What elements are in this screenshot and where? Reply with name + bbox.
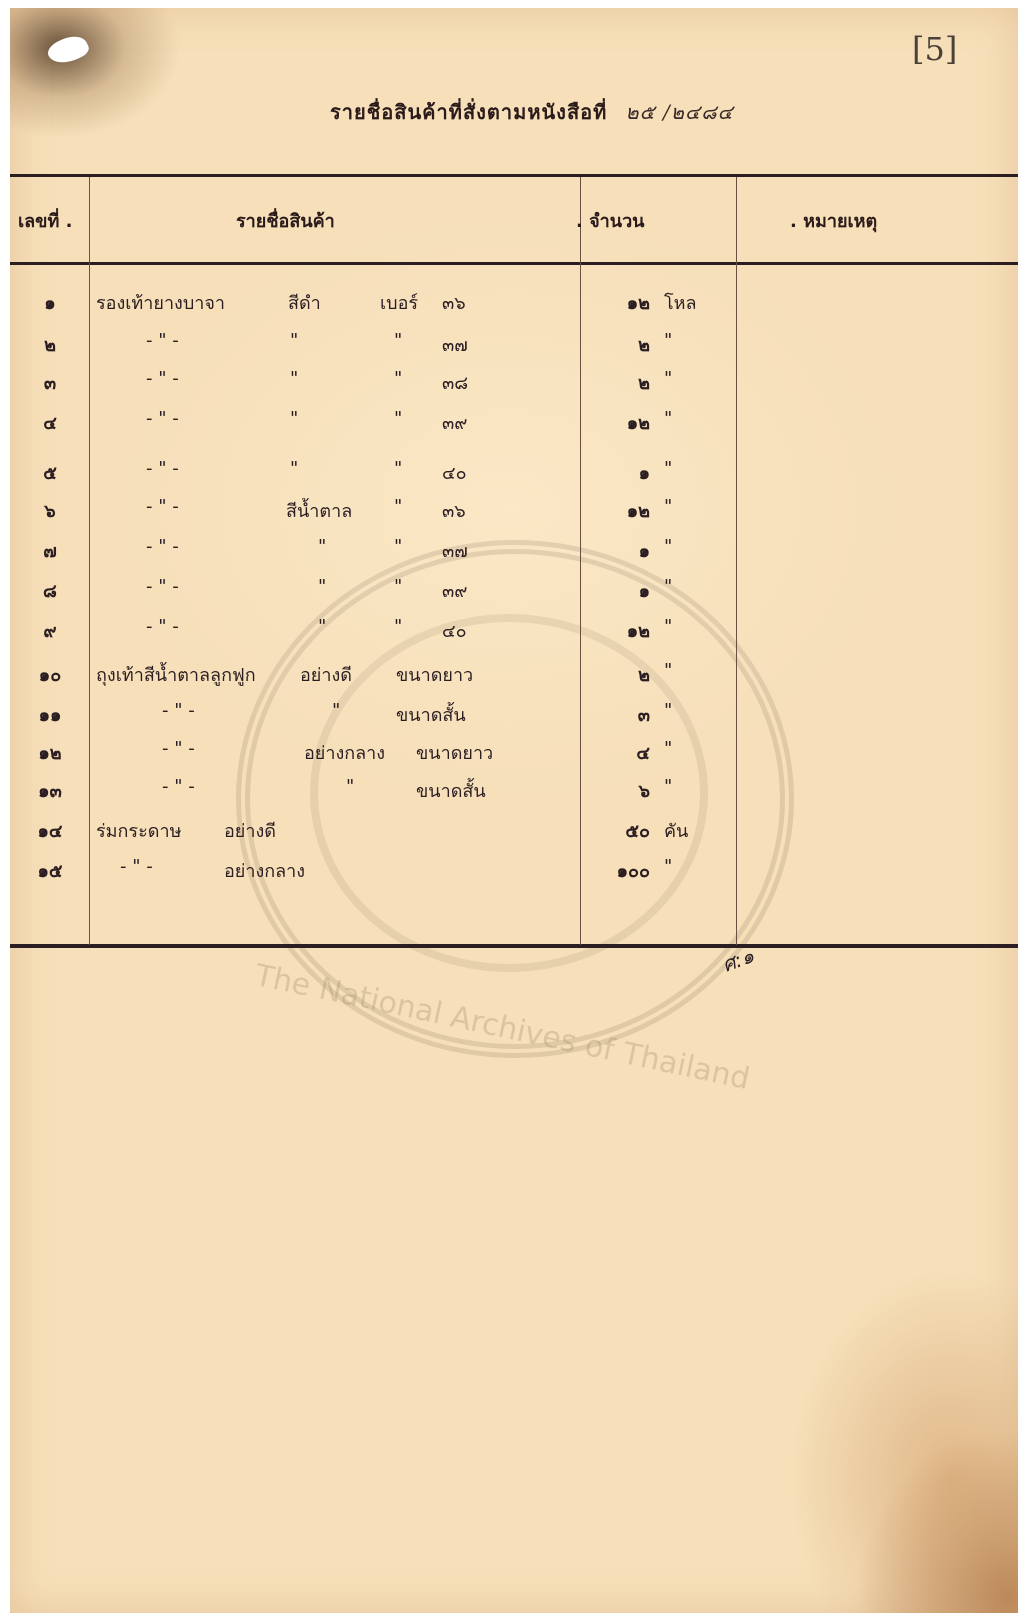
quantity: ๑๒ [590, 288, 650, 317]
item: - " - [162, 700, 195, 721]
table-row: ๑๕ - " - อย่างกลาง ๑๐๐ " [0, 856, 1029, 894]
item: - " - [146, 576, 179, 597]
spec: " [332, 700, 340, 721]
size: ๓๗ [442, 536, 468, 565]
size-label: ขนาดยาว [416, 738, 493, 767]
size: ๓๖ [442, 496, 466, 525]
size: ๔๐ [442, 616, 467, 645]
unit: " [664, 496, 724, 517]
header-number: เลขที่ . [18, 206, 72, 235]
row-number: ๒ [30, 330, 70, 359]
table-row: ๑๒ - " - อย่างกลาง ขนาดยาว ๔ " [0, 738, 1029, 776]
spec: " [318, 616, 326, 637]
row-number: ๑ [30, 288, 70, 317]
spec: " [290, 330, 298, 351]
quantity: ๑๐๐ [590, 856, 650, 885]
unit: " [664, 408, 724, 429]
unit: " [664, 776, 724, 797]
quantity: ๒ [590, 368, 650, 397]
size-label: " [394, 368, 402, 389]
unit: โหล [664, 288, 724, 317]
quantity: ๑ [590, 576, 650, 605]
quantity: ๑๒ [590, 616, 650, 645]
table-row: ๑ รองเท้ายางบาจา สีดำ เบอร์ ๓๖ ๑๒ โหล [0, 288, 1029, 326]
table-row: ๔ - " - " " ๓๙ ๑๒ " [0, 408, 1029, 446]
size: ๔๐ [442, 458, 467, 487]
unit: " [664, 616, 724, 637]
row-number: ๙ [30, 616, 70, 645]
size-label: " [394, 458, 402, 479]
row-number: ๑๒ [30, 738, 70, 767]
table-row: ๑๐ ถุงเท้าสีน้ำตาลลูกฟูก อย่างดี ขนาดยาว… [0, 660, 1029, 698]
quantity: ๔ [590, 738, 650, 767]
unit: " [664, 856, 724, 877]
document-title: รายชื่อสินค้าที่สั่งตามหนังสือที่ ๒๕ /๒๔… [330, 96, 770, 128]
table-row: ๗ - " - " " ๓๗ ๑ " [0, 536, 1029, 574]
spec: " [290, 408, 298, 429]
item: - " - [146, 496, 179, 517]
spec: " [290, 458, 298, 479]
table-row: ๓ - " - " " ๓๘ ๒ " [0, 368, 1029, 406]
document-number: ๒๕ /๒๔๘๔ [625, 100, 733, 124]
row-number: ๑๔ [30, 816, 70, 845]
size-label: " [394, 496, 402, 517]
row-number: ๕ [30, 458, 70, 487]
table-row: ๑๔ ร่มกระดาษ อย่างดี ๕๐ คัน [0, 816, 1029, 854]
spec: " [318, 576, 326, 597]
size-label: " [394, 330, 402, 351]
row-number: ๗ [30, 536, 70, 565]
header-remark: . หมายเหตุ [790, 206, 877, 235]
table-row: ๘ - " - " " ๓๙ ๑ " [0, 576, 1029, 614]
size-label: " [394, 408, 402, 429]
row-number: ๓ [30, 368, 70, 397]
quantity: ๓ [590, 700, 650, 729]
page-number: [5] [912, 30, 957, 68]
quantity: ๑ [590, 458, 650, 487]
table-row: ๑๓ - " - " ขนาดสั้น ๖ " [0, 776, 1029, 814]
item: ร่มกระดาษ [96, 816, 181, 845]
spec: อย่างดี [300, 660, 352, 689]
item: - " - [120, 856, 153, 877]
size-label: ขนาดยาว [396, 660, 473, 689]
spec: อย่างดี [224, 816, 276, 845]
item: - " - [162, 776, 195, 797]
table-bottom-rule [10, 944, 1018, 948]
unit: " [664, 700, 724, 721]
spec: อย่างกลาง [304, 738, 385, 767]
quantity: ๒ [590, 330, 650, 359]
header-quantity: . จำนวน [576, 206, 644, 235]
item: - " - [146, 330, 179, 351]
row-number: ๑๕ [30, 856, 70, 885]
quantity: ๖ [590, 776, 650, 805]
item: - " - [146, 408, 179, 429]
item: - " - [146, 368, 179, 389]
spec: สีน้ำตาล [286, 496, 352, 525]
row-number: ๔ [30, 408, 70, 437]
item: - " - [146, 458, 179, 479]
size: ๓๙ [442, 408, 468, 437]
spec: " [346, 776, 354, 797]
unit: " [664, 738, 724, 759]
table-row: ๙ - " - " " ๔๐ ๑๒ " [0, 616, 1029, 654]
unit: " [664, 660, 724, 681]
title-text: รายชื่อสินค้าที่สั่งตามหนังสือที่ [330, 100, 607, 124]
quantity: ๑ [590, 536, 650, 565]
size: ๓๙ [442, 576, 468, 605]
unit: คัน [664, 816, 724, 845]
size-label: " [394, 576, 402, 597]
table-row: ๒ - " - " " ๓๗ ๒ " [0, 330, 1029, 368]
size-label: เบอร์ [380, 288, 418, 317]
unit: " [664, 458, 724, 479]
item: - " - [162, 738, 195, 759]
item: รองเท้ายางบาจา [96, 288, 225, 317]
size: ๓๘ [442, 368, 468, 397]
row-number: ๖ [30, 496, 70, 525]
row-number: ๑๓ [30, 776, 70, 805]
unit: " [664, 368, 724, 389]
size: ๓๗ [442, 330, 468, 359]
quantity: ๑๒ [590, 408, 650, 437]
size-label: " [394, 536, 402, 557]
quantity: ๒ [590, 660, 650, 689]
burn-hole [45, 31, 91, 70]
size: ๓๖ [442, 288, 466, 317]
unit: " [664, 536, 724, 557]
table-top-rule [10, 174, 1018, 177]
item: ถุงเท้าสีน้ำตาลลูกฟูก [96, 660, 256, 689]
quantity: ๑๒ [590, 496, 650, 525]
unit: " [664, 330, 724, 351]
table-header-rule [10, 262, 1018, 265]
row-number: ๑๐ [30, 660, 70, 689]
row-number: ๘ [30, 576, 70, 605]
header-item-name: รายชื่อสินค้า [236, 206, 335, 235]
quantity: ๕๐ [590, 816, 650, 845]
table-row: ๑๑ - " - " ขนาดสั้น ๓ " [0, 700, 1029, 738]
item: - " - [146, 536, 179, 557]
table-row: ๕ - " - " " ๔๐ ๑ " [0, 458, 1029, 496]
table-row: ๖ - " - สีน้ำตาล " ๓๖ ๑๒ " [0, 496, 1029, 534]
size-label: ขนาดสั้น [416, 776, 486, 805]
spec: สีดำ [288, 288, 321, 317]
size-label: ขนาดสั้น [396, 700, 466, 729]
item: - " - [146, 616, 179, 637]
unit: " [664, 576, 724, 597]
row-number: ๑๑ [30, 700, 70, 729]
size-label: " [394, 616, 402, 637]
spec: " [290, 368, 298, 389]
spec: อย่างกลาง [224, 856, 305, 885]
spec: " [318, 536, 326, 557]
